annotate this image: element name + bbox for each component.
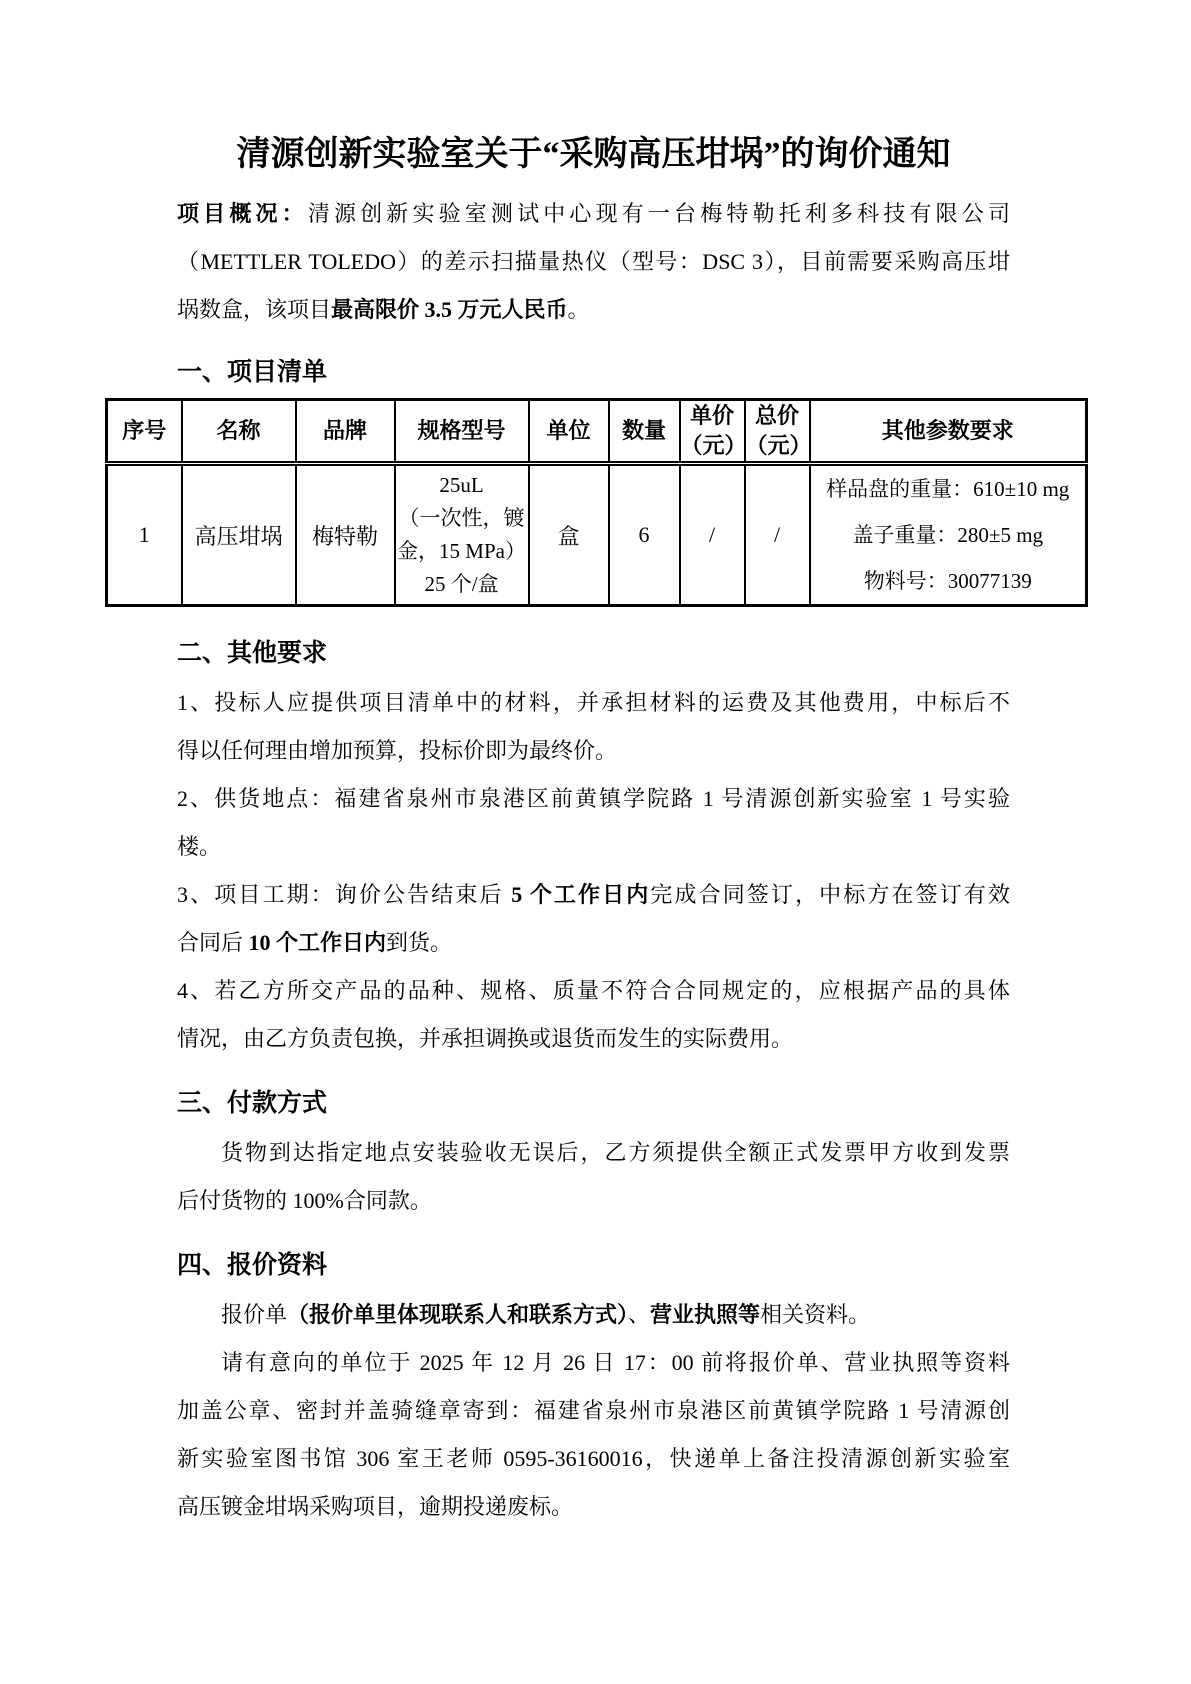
overview-paragraph: 项目概况：清源创新实验室测试中心现有一台梅特勒托利多科技有限公司 （METTLE…	[177, 190, 1010, 334]
table-row: 1 高压坩埚 梅特勒 25uL （一次性，镀 金，15 MPa） 25 个/盒 …	[107, 464, 1087, 606]
business-license-note: 营业执照等	[650, 1302, 760, 1327]
requirement-1-line-1: 1、投标人应提供项目清单中的材料，并承担材料的运费及其他费用，中标后不	[177, 679, 1010, 727]
col-header-brand: 品牌	[296, 400, 395, 464]
col-header-qty: 数量	[609, 400, 680, 464]
overview-text-1: 清源创新实验室测试中心现有一台梅特勒托利多科技有限公司	[308, 201, 1010, 226]
quotation-contact-note: （报价单里体现联系人和联系方式）	[287, 1302, 628, 1327]
section-heading-project-list: 一、项目清单	[177, 350, 1010, 396]
col-header-name: 名称	[182, 400, 296, 464]
project-table-wrapper: 序号 名称 品牌 规格型号 单位 数量 单价（元） 总价（元） 其他参数要求 1	[105, 398, 1010, 607]
requirement-2-line-2: 楼。	[177, 823, 1010, 871]
submission-line-1: 请有意向的单位于 2025 年 12 月 26 日 17：00 前将报价单、营业…	[177, 1339, 1010, 1387]
col-header-seq: 序号	[107, 400, 182, 464]
overview-max-price: 最高限价 3.5 万元人民币	[331, 297, 568, 322]
cell-params: 样品盘的重量：610±10 mg 盖子重量：280±5 mg 物料号：30077…	[810, 464, 1087, 606]
deadline-sign-contract: 5 个工作日内	[511, 882, 650, 907]
col-header-unit-price: 单价（元）	[680, 400, 745, 464]
requirement-4-line-1: 4、若乙方所交产品的品种、规格、质量不符合合同规定的，应根据产品的具体	[177, 967, 1010, 1015]
requirement-4-line-2: 情况，由乙方负责包换，并承担调换或退货而发生的实际费用。	[177, 1015, 1010, 1063]
requirement-1-line-2: 得以任何理由增加预算，投标价即为最终价。	[177, 727, 1010, 775]
deadline-delivery: 10 个工作日内	[249, 930, 387, 955]
cell-qty: 6	[609, 464, 680, 606]
payment-line-2: 后付货物的 100%合同款。	[177, 1177, 1010, 1225]
document-content: 清源创新实验室关于“采购高压坩埚”的询价通知 项目概况：清源创新实验室测试中心现…	[0, 0, 1191, 1531]
submission-line-3: 新实验室图书馆 306 室王老师 0595-36160016，快递单上备注投清源…	[177, 1435, 1010, 1483]
requirement-3-line-1: 3、项目工期：询价公告结束后 5 个工作日内完成合同签订，中标方在签订有效	[177, 871, 1010, 919]
requirement-2-line-1: 2、供货地点：福建省泉州市泉港区前黄镇学院路 1 号清源创新实验室 1 号实验	[177, 775, 1010, 823]
document-page: 清源创新实验室关于“采购高压坩埚”的询价通知 项目概况：清源创新实验室测试中心现…	[0, 0, 1191, 1684]
page-title: 清源创新实验室关于“采购高压坩埚”的询价通知	[177, 132, 1010, 178]
project-table: 序号 名称 品牌 规格型号 单位 数量 单价（元） 总价（元） 其他参数要求 1	[105, 398, 1088, 607]
other-requirements-paragraphs: 1、投标人应提供项目清单中的材料，并承担材料的运费及其他费用，中标后不 得以任何…	[177, 679, 1010, 1063]
col-header-spec: 规格型号	[395, 400, 529, 464]
cell-total-price: /	[745, 464, 810, 606]
overview-text-2: （METTLER TOLEDO）的差示扫描量热仪（型号：DSC 3），目前需要采…	[177, 249, 1010, 274]
overview-label: 项目概况：	[177, 201, 308, 226]
submission-line-2: 加盖公章、密封并盖骑缝章寄到：福建省泉州市泉港区前黄镇学院路 1 号清源创	[177, 1387, 1010, 1435]
quotation-materials-line: 报价单（报价单里体现联系人和联系方式）、营业执照等相关资料。	[177, 1291, 1010, 1339]
payment-line-1: 货物到达指定地点安装验收无误后，乙方须提供全额正式发票甲方收到发票	[177, 1129, 1010, 1177]
overview-line-2: （METTLER TOLEDO）的差示扫描量热仪（型号：DSC 3），目前需要采…	[177, 238, 1010, 286]
cell-name: 高压坩埚	[182, 464, 296, 606]
overview-text-3b: 。	[568, 297, 590, 322]
payment-paragraph: 货物到达指定地点安装验收无误后，乙方须提供全额正式发票甲方收到发票 后付货物的 …	[177, 1129, 1010, 1225]
section-heading-other-requirements: 二、其他要求	[177, 631, 1010, 677]
overview-line-1: 项目概况：清源创新实验室测试中心现有一台梅特勒托利多科技有限公司	[177, 190, 1010, 238]
cell-seq: 1	[107, 464, 182, 606]
cell-brand: 梅特勒	[296, 464, 395, 606]
col-header-params: 其他参数要求	[810, 400, 1087, 464]
table-header-row: 序号 名称 品牌 规格型号 单位 数量 单价（元） 总价（元） 其他参数要求	[107, 400, 1087, 464]
section-heading-quotation: 四、报价资料	[177, 1243, 1010, 1289]
requirement-3-line-2: 合同后 10 个工作日内到货。	[177, 919, 1010, 967]
cell-spec: 25uL （一次性，镀 金，15 MPa） 25 个/盒	[395, 464, 529, 606]
col-header-total-price: 总价（元）	[745, 400, 810, 464]
section-heading-payment: 三、付款方式	[177, 1081, 1010, 1127]
col-header-unit: 单位	[529, 400, 609, 464]
overview-line-3: 埚数盒，该项目最高限价 3.5 万元人民币。	[177, 286, 1010, 334]
cell-unit-price: /	[680, 464, 745, 606]
quotation-paragraphs: 报价单（报价单里体现联系人和联系方式）、营业执照等相关资料。 请有意向的单位于 …	[177, 1291, 1010, 1531]
submission-line-4: 高压镀金坩埚采购项目，逾期投递废标。	[177, 1483, 1010, 1531]
cell-unit: 盒	[529, 464, 609, 606]
overview-text-3a: 埚数盒，该项目	[177, 297, 331, 322]
